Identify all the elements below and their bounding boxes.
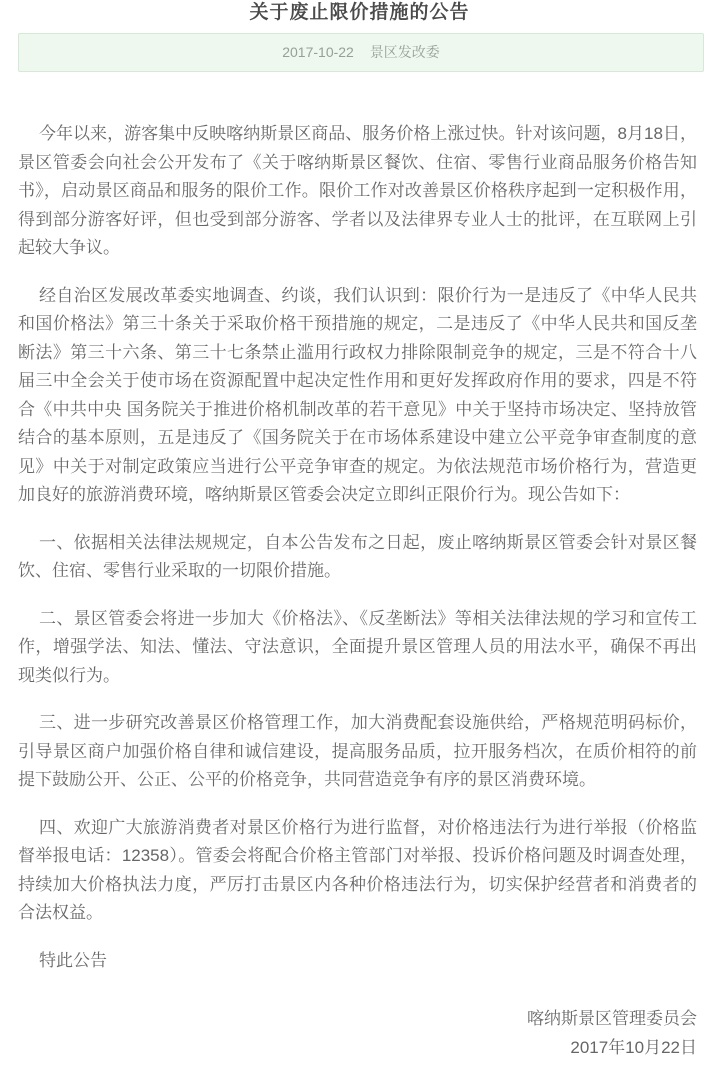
paragraph-item-4: 四、欢迎广大旅游消费者对景区价格行为进行监督，对价格违法行为进行举报（价格监督举…	[18, 814, 697, 928]
paragraph-item-3: 三、进一步研究改善景区价格管理工作，加大消费配套设施供给，严格规范明码标价，引导…	[18, 709, 697, 795]
meta-bar: 2017-10-22 景区发改委	[18, 33, 704, 72]
paragraph-findings: 经自治区发展改革委实地调查、约谈，我们认识到：限价行为一是违反了《中华人民共和国…	[18, 282, 697, 510]
signature-block: 喀纳斯景区管理委员会 2017年10月22日	[18, 1005, 697, 1062]
announcement-body: 今年以来，游客集中反映喀纳斯景区商品、服务价格上涨过快。针对该问题，8月18日，…	[0, 72, 719, 1062]
paragraph-item-2: 二、景区管委会将进一步加大《价格法》、《反垄断法》等相关法律法规的学习和宣传工作…	[18, 605, 697, 691]
publish-date: 2017-10-22	[282, 44, 354, 60]
signature-organization: 喀纳斯景区管理委员会	[18, 1005, 697, 1034]
publisher-name: 景区发改委	[370, 44, 440, 60]
closing-statement: 特此公告	[18, 947, 697, 976]
signature-date: 2017年10月22日	[18, 1034, 697, 1063]
announcement-page: 关于废止限价措施的公告 2017-10-22 景区发改委 今年以来，游客集中反映…	[0, 0, 719, 1081]
page-title: 关于废止限价措施的公告	[0, 0, 719, 25]
paragraph-intro: 今年以来，游客集中反映喀纳斯景区商品、服务价格上涨过快。针对该问题，8月18日，…	[18, 120, 697, 263]
paragraph-item-1: 一、依据相关法律法规规定，自本公告发布之日起，废止喀纳斯景区管委会针对景区餐饮、…	[18, 529, 697, 586]
